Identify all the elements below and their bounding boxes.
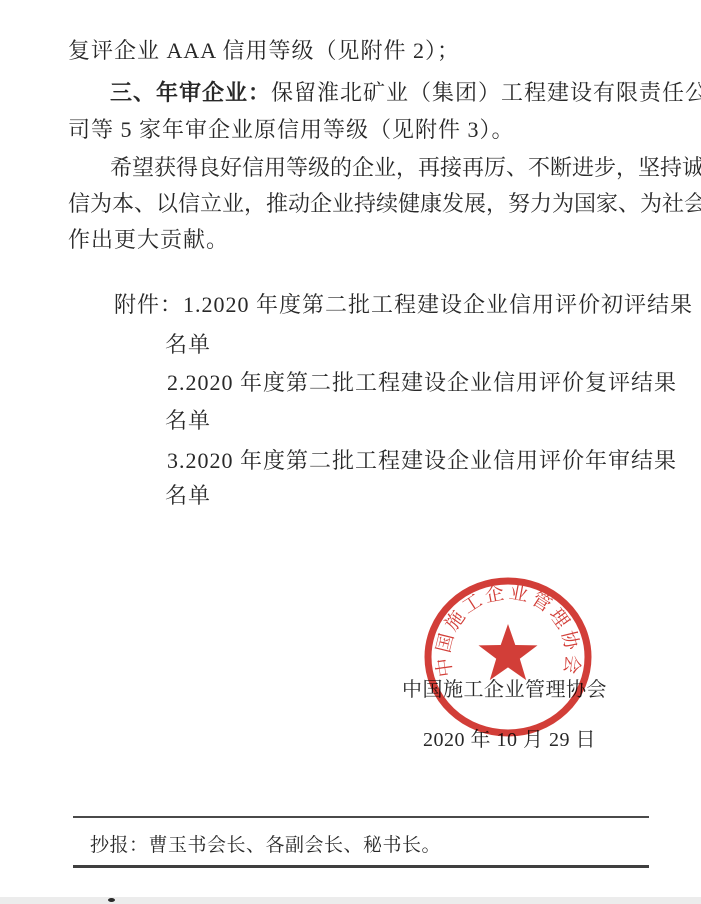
footer-rule-bottom (73, 865, 649, 868)
official-seal: 中国施工企业管理协会 (424, 577, 592, 737)
body-line-5: 信为本、以信立业，推动企业持续健康发展，努力为国家、为社会 (68, 191, 701, 217)
attachment-line-2-cont: 名单 (165, 408, 211, 434)
section-heading: 三、年审企业： (110, 80, 271, 105)
attachment-line-1: 附件：1.2020 年度第二批工程建设企业信用评价初评结果 (114, 292, 693, 318)
attachment-line-3-cont: 名单 (165, 483, 211, 509)
body-line-6: 作出更大贡献。 (68, 227, 229, 253)
attachment-line-1-cont: 名单 (165, 332, 211, 358)
body-line-3: 司等 5 家年审企业原信用等级（见附件 3）。 (68, 117, 515, 143)
body-line-2: 三、年审企业：保留淮北矿业（集团）工程建设有限责任公 (110, 80, 701, 106)
footer-cc-line: 抄报：曹玉书会长、各副会长、秘书长。 (90, 834, 441, 857)
body-line-2-rest: 保留淮北矿业（集团）工程建设有限责任公 (271, 80, 701, 105)
body-line-4: 希望获得良好信用等级的企业，再接再厉、不断进步，坚持诚 (110, 155, 701, 181)
footer-rule-top (73, 816, 649, 818)
body-line-1: 复评企业 AAA 信用等级（见附件 2）； (68, 38, 460, 64)
scan-speck (108, 898, 115, 902)
seal-star-icon (479, 624, 538, 680)
scan-edge-strip (0, 897, 701, 904)
attachment-line-3: 3.2020 年度第二批工程建设企业信用评价年审结果 (167, 448, 677, 474)
attachment-line-2: 2.2020 年度第二批工程建设企业信用评价复评结果 (167, 370, 677, 396)
